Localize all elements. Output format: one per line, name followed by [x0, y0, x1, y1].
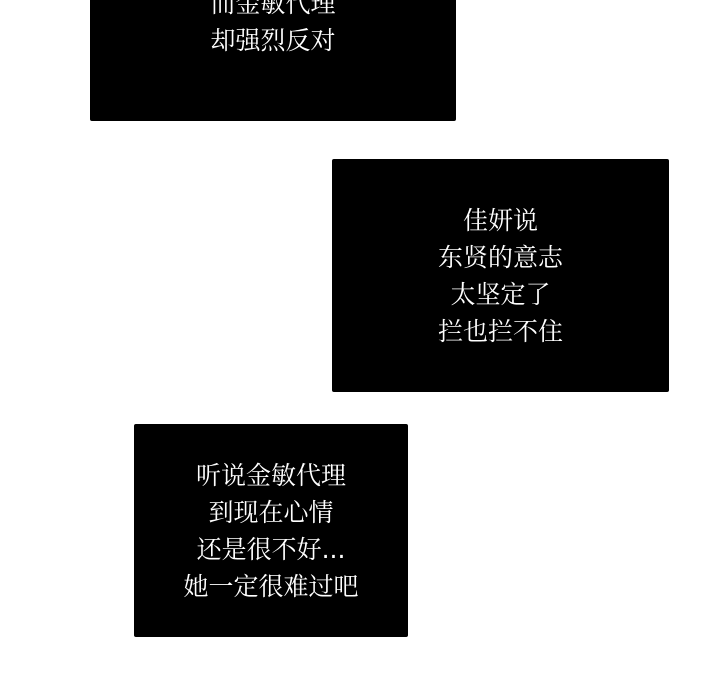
- narration-line: 东贤的意志: [438, 239, 563, 276]
- narration-line: 佳妍说: [463, 202, 538, 239]
- narration-line: 她一定很难过吧: [183, 568, 358, 605]
- narration-line: 到现在心情: [208, 494, 333, 531]
- narration-line: 而金敏代理: [210, 0, 335, 22]
- narration-text: 听说金敏代理 到现在心情 还是很不好... 她一定很难过吧: [183, 457, 358, 605]
- narration-line: 还是很不好...: [197, 531, 346, 568]
- narration-text: 佳妍说 东贤的意志 太坚定了 拦也拦不住: [438, 202, 563, 350]
- narration-line: 却强烈反对: [210, 22, 335, 59]
- narration-box-3: 听说金敏代理 到现在心情 还是很不好... 她一定很难过吧: [134, 424, 408, 637]
- narration-line: 太坚定了: [450, 276, 550, 313]
- narration-box-2: 佳妍说 东贤的意志 太坚定了 拦也拦不住: [332, 159, 669, 392]
- narration-line: 听说金敏代理: [196, 457, 346, 494]
- narration-text: 而金敏代理 却强烈反对: [210, 0, 335, 59]
- narration-box-1: 而金敏代理 却强烈反对: [90, 0, 456, 121]
- narration-line: 拦也拦不住: [438, 313, 563, 350]
